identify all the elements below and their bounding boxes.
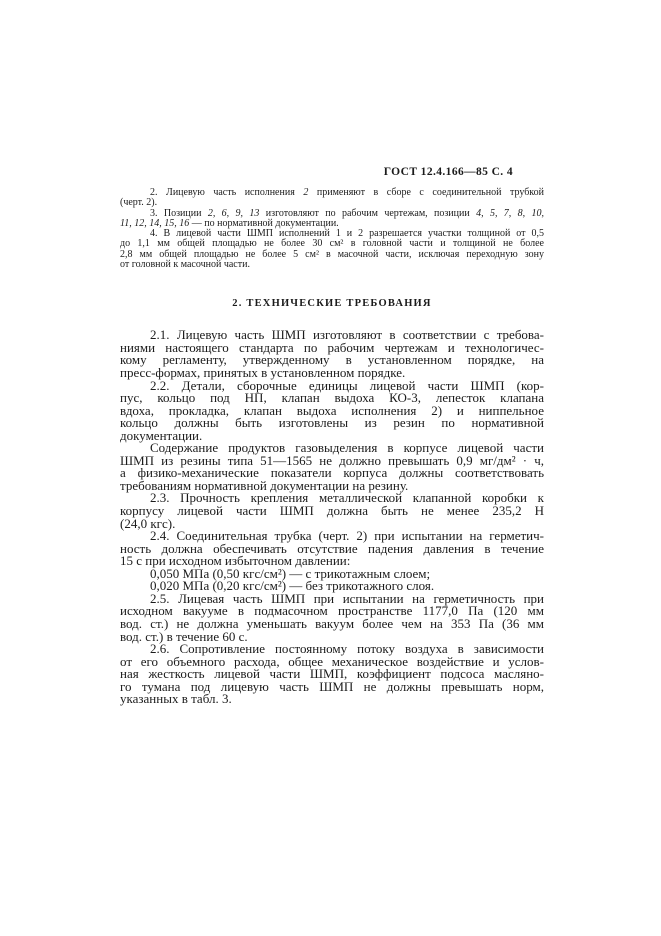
note-line: от головной к масочной части. [120,260,544,270]
body-text-block: 2.1. Лицевую часть ШМП изготовляют в соо… [120,329,544,705]
document-page: ГОСТ 12.4.166—85 С. 4 2. Лицевую часть и… [0,0,661,936]
page-header: ГОСТ 12.4.166—85 С. 4 [120,166,544,179]
standard-reference: ГОСТ 12.4.166—85 С. 4 [384,166,513,178]
note-line: 2. Лицевую часть исполнения 2 применяют … [120,188,544,198]
notes-block: 2. Лицевую часть исполнения 2 применяют … [120,188,544,270]
paragraph-line: указанных в табл. 3. [120,693,544,706]
section-heading: 2. ТЕХНИЧЕСКИЕ ТРЕБОВАНИЯ [120,298,544,310]
paragraph-line: корпусу лицевой части ШМП должна быть не… [120,505,544,518]
